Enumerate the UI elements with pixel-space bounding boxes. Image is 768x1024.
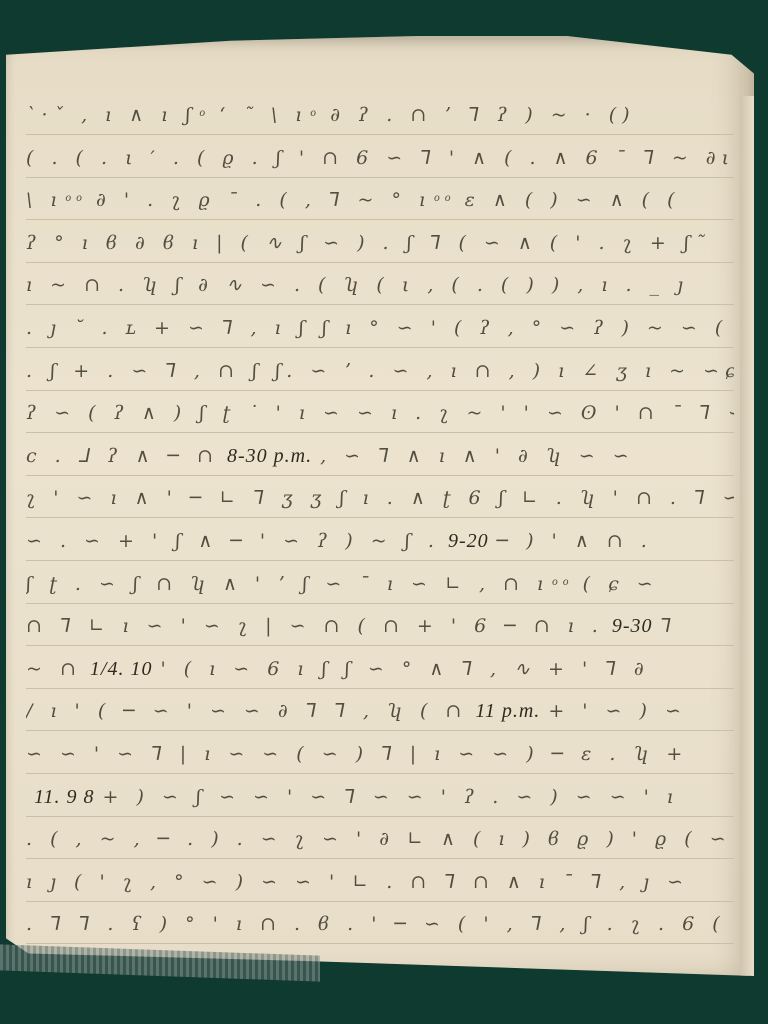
shorthand-strokes: ʔ ° ı ϐ ∂ ϐ ı | ( ∿ ʃ ∽ ) . ʃ ⅂ ( ∽ ∧ ( … [26, 232, 711, 254]
shorthand-line: ~ ∩1/4. 10' ( ı ∽ 6 ı ʃ ʃ ∽ ° ∧ ⅂ , ∿ + … [26, 658, 734, 692]
longhand-time: 9-20 [448, 530, 489, 552]
shorthand-strokes: + ) ∽ ʃ ∽ ∽ ' ∽ ⅂ ∽ ∽ ' ʔ . ∽ ) ∽ ∽ ' ı [103, 786, 680, 808]
shorthand-strokes: ─ ) ' ∧ ∩ . [497, 530, 653, 552]
shorthand-strokes: + ' ∽ ) ∽ [548, 700, 687, 722]
longhand-time: 9-30 [612, 615, 653, 637]
shorthand-strokes: ʔ ∽ ( ʔ ∧ ) ʃ ʈ ˙ ' ı ∽ ∽ ı . ʅ ~ ' ' ∽ … [26, 402, 734, 424]
shorthand-line: c . ⅃ ʔ ∧ ─ ∩8-30 p.m., ∽ ⅂ ∧ ı ∧ ' ∂ ʮ … [26, 445, 734, 479]
shorthand-line: ʅ ' ∽ ı ∧ ' ─ ∟ ⅂ ʒ ʒ ʃ ı . ∧ ʈ 6 ʃ ∟ . … [26, 487, 734, 521]
shorthand-line: \ ı ͦ ͦ ∂ ' . ʅ ϱ ˉ . ( , ⅂ ~ ° ı ͦ ͦ ε … [26, 189, 734, 223]
shorthand-line: ( . ( . ι ′ . ( ϱ . ʃ ' ∩ 6 ∽ ⅂ ' ∧ ( . … [26, 147, 734, 181]
shorthand-strokes: ʅ ' ∽ ı ∧ ' ─ ∟ ⅂ ʒ ʒ ʃ ı . ∧ ʈ 6 ʃ ∟ . … [26, 487, 734, 509]
shorthand-strokes: ∩ ⅂ ∟ ı ∽ ' ∽ ʅ | ∽ ∩ ( ∩ + ' 6 ─ ∩ ı . [26, 615, 604, 637]
shorthand-strokes: , ∽ ⅂ ∧ ı ∧ ' ∂ ʮ ∽ ∽ [320, 445, 635, 467]
ruled-line [26, 986, 734, 987]
shorthand-strokes: . ȷ ˘ . ʟ + ∽ ⅂ , ı ʃ ʃ ı ° ∽ ' ( ʔ , ° … [26, 317, 734, 339]
shorthand-strokes: ∽ . ∽ + ' ʃ ∧ ─ ' ∽ ʔ ) ~ ʃ . [26, 530, 440, 552]
shorthand-line: ı ȷ ( ' ʅ , ° ∽ ) ∽ ∽ ' ∟ . ∩ ⅂ ∩ ∧ ı ˉ … [26, 871, 734, 905]
shorthand-strokes: ~ ∩ [26, 658, 82, 680]
notebook-page: ˋ·ˇ , ı ∧ ı ʃ ͦ ‘ ˜ \ ı ͦ ∂ ʔ . ∩ ʼ ⅂ ʔ … [6, 36, 754, 976]
shorthand-line: . ʃ + . ∽ ⅂ , ∩ ʃ ʃ. ∽ ʼ . ∽ , ı ∩ , ) ı… [26, 360, 734, 394]
shorthand-line: 11. 9 8+ ) ∽ ʃ ∽ ∽ ' ∽ ⅂ ∽ ∽ ' ʔ . ∽ ) ∽… [26, 786, 734, 820]
shorthand-line: ∽ . ∽ + ' ʃ ∧ ─ ' ∽ ʔ ) ~ ʃ .9-20─ ) ' ∧… [26, 530, 734, 564]
longhand-time: 11 p.m. [475, 700, 540, 722]
shorthand-strokes: . ʃ + . ∽ ⅂ , ∩ ʃ ʃ. ∽ ʼ . ∽ , ı ∩ , ) ı… [26, 360, 734, 382]
shorthand-strokes: ʃ ʈ . ∽ ʃ ∩ ʮ ∧ ' ʼ ʃ ∽ ˉ ı ∽ ∟ , ∩ ı ͦ … [26, 573, 659, 595]
shorthand-line: ˋ·ˇ , ı ∧ ı ʃ ͦ ‘ ˜ \ ı ͦ ∂ ʔ . ∩ ʼ ⅂ ʔ … [26, 104, 734, 138]
shorthand-strokes: c . ⅃ ʔ ∧ ─ ∩ [26, 445, 219, 467]
shorthand-strokes: ∽ ∽ ' ∽ ⅂ | ı ∽ ∽ ( ∽ ) ⅂ | ı ∽ ∽ ) ─ ε … [26, 743, 688, 765]
shorthand-strokes: ı ~ ∩ . ʮ ʃ ∂ ∿ ∽ . ( ʮ ( ι , ( . ( ) ) … [26, 274, 689, 296]
shorthand-line: ʃ ʈ . ∽ ʃ ∩ ʮ ∧ ' ʼ ʃ ∽ ˉ ı ∽ ∟ , ∩ ı ͦ … [26, 573, 734, 607]
shorthand-line: ʔ ° ı ϐ ∂ ϐ ı | ( ∿ ʃ ∽ ) . ʃ ⅂ ( ∽ ∧ ( … [26, 232, 734, 266]
shorthand-strokes: \ ı ͦ ͦ ∂ ' . ʅ ϱ ˉ . ( , ⅂ ~ ° ı ͦ ͦ ε … [26, 189, 681, 211]
shorthand-strokes: ( . ( . ι ′ . ( ϱ . ʃ ' ∩ 6 ∽ ⅂ ' ∧ ( . … [26, 147, 734, 169]
shorthand-line: ı ~ ∩ . ʮ ʃ ∂ ∿ ∽ . ( ʮ ( ι , ( . ( ) ) … [26, 274, 734, 308]
shorthand-line: / ı ' ( ─ ∽ ' ∽ ∽ ∂ ⅂ ⅂ , ʮ ( ∩11 p.m.+ … [26, 700, 734, 734]
shorthand-strokes: ' ( ı ∽ 6 ı ʃ ʃ ∽ ° ∧ ⅂ , ∿ + ' ⅂ ∂ [160, 658, 649, 680]
shorthand-line: . ⅂ ⅂ . ʕ ) ° ' ı ∩ . ϐ . ' ─ ∽ ( ' , ⅂ … [26, 913, 734, 947]
shorthand-strokes: ı ȷ ( ' ʅ , ° ∽ ) ∽ ∽ ' ∟ . ∩ ⅂ ∩ ∧ ı ˉ … [26, 871, 689, 893]
page-edge [740, 96, 754, 1024]
shorthand-line: ʔ ∽ ( ʔ ∧ ) ʃ ʈ ˙ ' ı ∽ ∽ ı . ʅ ~ ' ' ∽ … [26, 402, 734, 436]
shorthand-strokes: / ı ' ( ─ ∽ ' ∽ ∽ ∂ ⅂ ⅂ , ʮ ( ∩ [26, 700, 467, 722]
longhand-time: 8-30 p.m. [227, 445, 312, 467]
longhand-time: 1/4. 10 [90, 658, 153, 680]
shorthand-line: ∽ ∽ ' ∽ ⅂ | ı ∽ ∽ ( ∽ ) ⅂ | ı ∽ ∽ ) ─ ε … [26, 743, 734, 777]
shorthand-line: . ȷ ˘ . ʟ + ∽ ⅂ , ı ʃ ʃ ı ° ∽ ' ( ʔ , ° … [26, 317, 734, 351]
shorthand-line: ∩ ⅂ ∟ ı ∽ ' ∽ ʅ | ∽ ∩ ( ∩ + ' 6 ─ ∩ ı .9… [26, 615, 734, 649]
shorthand-strokes: ˋ·ˇ , ı ∧ ı ʃ ͦ ‘ ˜ \ ı ͦ ∂ ʔ . ∩ ʼ ⅂ ʔ … [26, 104, 636, 126]
shorthand-strokes: . ( , ~ , ─ . ) . ∽ ʅ ∽ ' ∂ ∟ ∧ ( ı ) ϐ … [26, 828, 732, 850]
longhand-time: 11. 9 8 [34, 786, 95, 808]
shorthand-strokes: ⅂ [661, 615, 678, 637]
shorthand-line: . ( , ~ , ─ . ) . ∽ ʅ ∽ ' ∂ ∟ ∧ ( ı ) ϐ … [26, 828, 734, 862]
shorthand-strokes: . ⅂ ⅂ . ʕ ) ° ' ı ∩ . ϐ . ' ─ ∽ ( ' , ⅂ … [26, 913, 734, 935]
